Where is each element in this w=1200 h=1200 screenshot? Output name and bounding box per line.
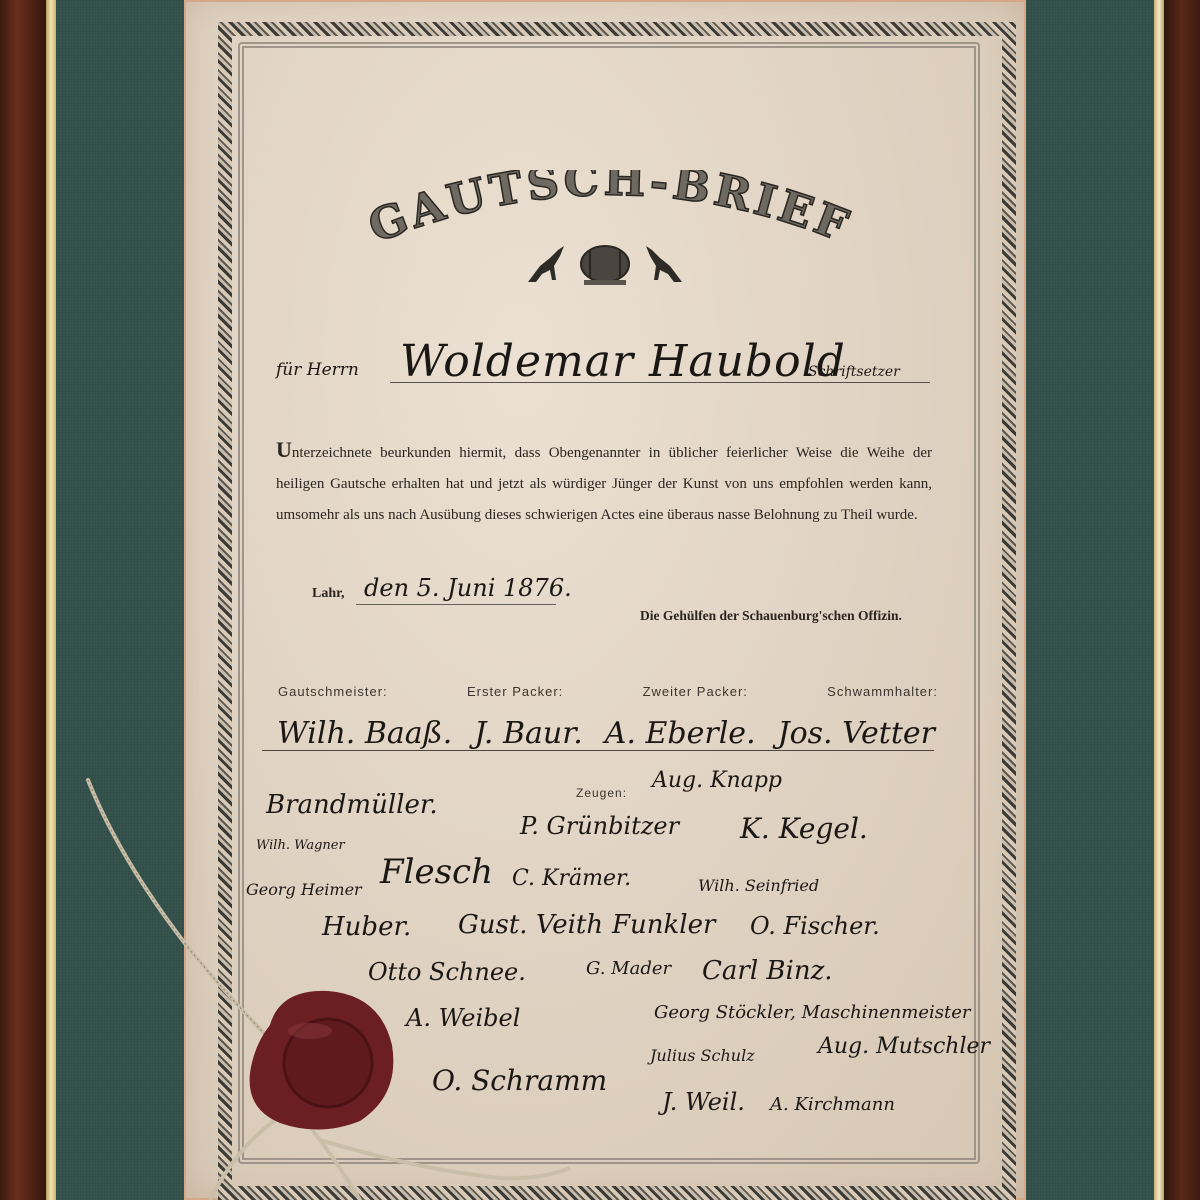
roles-signatures: Wilh. Baaß. J. Baur. A. Eberle. Jos. Vet… bbox=[266, 716, 946, 751]
witness-signature: Brandmüller. bbox=[266, 790, 438, 820]
witness-signature: Funkler bbox=[612, 910, 715, 940]
witness-signature: C. Krämer. bbox=[512, 866, 631, 891]
witness-signature: A. Kirchmann bbox=[770, 1094, 895, 1115]
place: Lahr, bbox=[312, 586, 345, 602]
date: den 5. Juni 1876. bbox=[364, 574, 572, 602]
role-label: Schwammhalter: bbox=[827, 684, 938, 699]
signature: Wilh. Baaß. bbox=[277, 716, 452, 751]
witness-signature: Georg Heimer bbox=[246, 880, 362, 899]
certificate-body: Unterzeichnete beurkunden hiermit, dass … bbox=[276, 434, 932, 531]
witness-signature: Julius Schulz bbox=[650, 1046, 755, 1065]
body-text: nterzeichnete beurkunden hiermit, dass O… bbox=[276, 445, 932, 523]
goats-barrel-vignette-icon bbox=[520, 236, 690, 288]
witnesses-label: Zeugen: bbox=[576, 786, 627, 800]
witness-signature: Wilh. Wagner bbox=[256, 838, 345, 853]
witness-signature: G. Mader bbox=[586, 958, 671, 979]
signature: A. Eberle. bbox=[605, 716, 756, 751]
date-underline bbox=[356, 604, 556, 605]
witness-signature: A. Weibel bbox=[406, 1004, 520, 1032]
body-initial: U bbox=[276, 437, 292, 462]
recipient-prefix: für Herrn bbox=[276, 360, 359, 380]
witness-signature: Aug. Mutschler bbox=[818, 1034, 990, 1059]
recipient-underline bbox=[390, 382, 930, 383]
witness-signature: J. Weil. bbox=[662, 1088, 745, 1116]
witness-signature: P. Grünbitzer bbox=[520, 812, 679, 840]
witness-signature: K. Kegel. bbox=[740, 812, 868, 845]
witness-signature: Georg Stöckler, Maschinenmeister bbox=[654, 1002, 970, 1023]
signature-underline bbox=[262, 750, 934, 751]
witness-signature: O. Schramm bbox=[432, 1064, 607, 1097]
witness-signature: Otto Schnee. bbox=[368, 958, 526, 986]
signature: J. Baur. bbox=[474, 716, 583, 751]
role-label: Gautschmeister: bbox=[278, 684, 388, 699]
witness-signature: Aug. Knapp bbox=[652, 768, 782, 793]
signature: Jos. Vetter bbox=[778, 716, 935, 751]
picture-frame-left bbox=[0, 0, 48, 1200]
wax-seal-icon bbox=[240, 985, 400, 1135]
witness-signature: O. Fischer. bbox=[750, 912, 880, 940]
gold-fillet-right bbox=[1154, 0, 1164, 1200]
witness-signature: Gust. Veith bbox=[458, 910, 603, 940]
witness-signature: Flesch bbox=[380, 852, 493, 892]
gold-fillet-left bbox=[46, 0, 56, 1200]
recipient-occupation: Schriftsetzer bbox=[808, 364, 900, 380]
witness-signature: Wilh. Seinfried bbox=[698, 876, 819, 895]
recipient-name: Woldemar Haubold bbox=[400, 336, 846, 387]
roles-header: Gautschmeister: Erster Packer: Zweiter P… bbox=[278, 684, 938, 699]
issuer: Die Gehülfen der Schauenburg'schen Offiz… bbox=[640, 608, 902, 624]
role-label: Erster Packer: bbox=[467, 684, 563, 699]
role-label: Zweiter Packer: bbox=[643, 684, 748, 699]
witness-signature: Huber. bbox=[322, 912, 411, 942]
witness-signature: Carl Binz. bbox=[702, 956, 833, 986]
picture-frame-right bbox=[1162, 0, 1200, 1200]
